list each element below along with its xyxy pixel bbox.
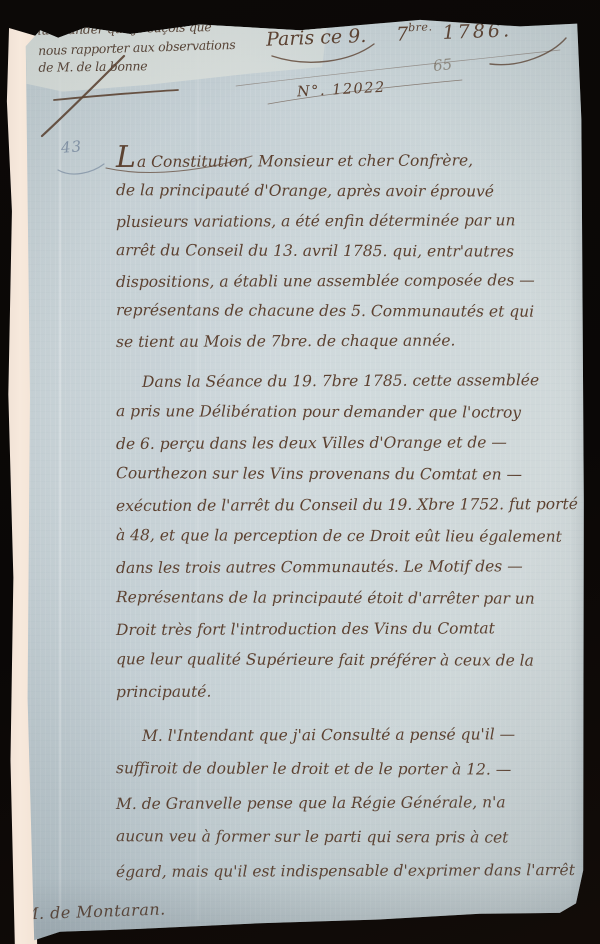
body-line: Droit très fort l'introduction des Vins … (116, 613, 582, 646)
pencil-page-number: 65 (432, 55, 453, 75)
body-line: de 6. perçu dans les deux Villes d'Orang… (116, 427, 582, 460)
dateline-year: 1786. (442, 19, 512, 44)
paragraph: La Constitution, Monsieur et cher Confrè… (116, 142, 582, 356)
paragraph: M. l'Intendant que j'ai Consulté a pensé… (116, 718, 582, 888)
body-line: M. de Granvelle pense que la Régie Génér… (116, 785, 582, 821)
letter-body: La Constitution, Monsieur et cher Confrè… (116, 142, 582, 888)
cross-mark-horizontal (54, 90, 178, 100)
pencil-folio-number: 43 (60, 137, 83, 157)
body-line: à 48, et que la perception de ce Droit e… (116, 520, 582, 553)
body-line: Représentans de la principauté étoit d'a… (116, 582, 582, 615)
body-line: principauté. (116, 675, 582, 708)
body-line: M. l'Intendant que j'ai Consulté a pensé… (116, 717, 582, 753)
body-line: suffiroit de doubler le droit et de le p… (116, 751, 582, 787)
folio-underline (58, 164, 104, 174)
photograph-of-manuscript: lui mander que je suçois que nous rappor… (0, 0, 600, 944)
marginal-note: lui mander que je suçois que nous rappor… (37, 15, 298, 77)
body-line: que leur qualité Supérieure fait préfére… (116, 644, 582, 677)
fold-line (58, 30, 62, 920)
body-line: représentans de chacune des 5. Communaut… (116, 295, 582, 327)
dateline: Paris ce 9.7bre.1786. (266, 17, 513, 50)
body-line: a pris une Délibération pour demander qu… (116, 396, 582, 429)
dateline-place-day: Paris ce 9. (266, 25, 367, 51)
marginal-note-line: de M. de la bonne (38, 54, 298, 77)
body-line: de la principauté d'Orange, après avoir … (116, 175, 582, 207)
addressee-docket: M. de Montaran. (22, 899, 166, 923)
body-line: dispositions, a établi une assemblée com… (116, 265, 582, 297)
body-line: plusieurs variations, a été enfin déterm… (116, 205, 582, 237)
body-line: Dans la Séance du 19. 7bre 1785. cette a… (116, 365, 582, 398)
document-number: N°. 12022 (297, 80, 387, 101)
body-line: se tient au Mois de 7bre. de chaque anné… (116, 325, 582, 357)
paragraph: Dans la Séance du 19. 7bre 1785. cette a… (116, 366, 582, 707)
body-line: Courthezon sur les Vins provenans du Com… (116, 458, 582, 491)
body-line: arrêt du Conseil du 13. avril 1785. qui,… (116, 235, 582, 267)
body-line: aucun veu à former sur le parti qui sera… (116, 819, 582, 855)
dateline-month-superscript: bre. (408, 20, 433, 34)
body-line: égard, mais qu'il est indispensable d'ex… (116, 853, 582, 889)
year-flourish (490, 38, 566, 65)
body-line: dans les trois autres Communautés. Le Mo… (116, 551, 582, 584)
manuscript-page: lui mander que je suçois que nous rappor… (0, 0, 600, 944)
body-line: La Constitution, Monsieur et cher Confrè… (116, 141, 582, 177)
body-line: exécution de l'arrêt du Conseil du 19. X… (116, 489, 582, 522)
